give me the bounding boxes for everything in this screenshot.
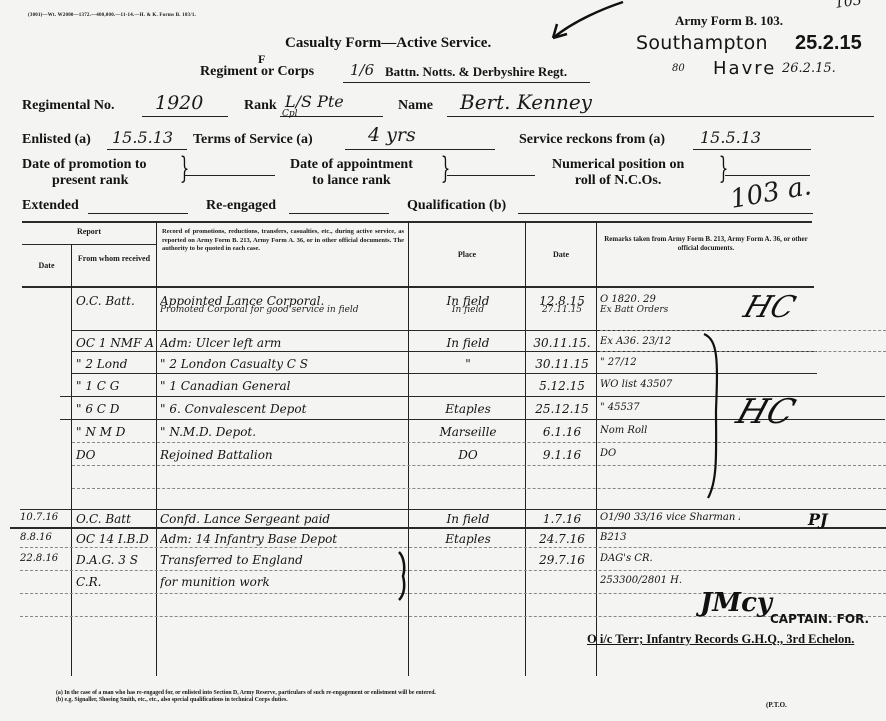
promotion-label-line1: Date of promotion to	[22, 157, 147, 173]
appointment-underline	[447, 175, 535, 176]
cell-record: for munition work	[160, 575, 406, 589]
regimental-no-label: Regimental No.	[22, 98, 115, 114]
arrow-annotation-icon	[545, 0, 625, 45]
cell-from: " N M D	[76, 425, 156, 439]
regimental-no-underline	[142, 116, 228, 117]
name-value: Bert. Kenney	[460, 90, 592, 114]
footnote-a: (a) In the case of a man who has re-enga…	[56, 690, 436, 696]
report-header-divider	[22, 244, 157, 245]
rank-correction: Cpl	[282, 109, 298, 119]
extended-underline	[88, 213, 188, 214]
signature-title: CAPTAIN. FOR.	[770, 612, 869, 626]
stamp-date-southampton: 25.2.15	[795, 32, 862, 55]
appointment-label-line2: to lance rank	[290, 173, 413, 189]
cell-date: 5.12.15	[528, 379, 596, 393]
name-underline	[447, 116, 874, 117]
stamp-port-southampton: Southampton	[636, 32, 768, 54]
cell-record: Confd. Lance Sergeant paid	[160, 512, 406, 526]
promotion-label-line2: present rank	[22, 173, 147, 189]
cell-date: 30.11.15.	[528, 336, 596, 350]
cell-place: "	[412, 357, 524, 371]
cell-record: Adm: 14 Infantry Base Depot	[160, 532, 406, 546]
reengaged-label: Re-engaged	[206, 198, 276, 214]
cell-date: 24.7.16	[528, 532, 596, 546]
table-header-bottom-border	[22, 286, 814, 288]
cell-place: DO	[412, 448, 524, 462]
cell-record: Adm: Ulcer left arm	[160, 336, 406, 350]
reckons-underline	[693, 149, 811, 150]
terms-underline	[345, 149, 495, 150]
header-date: Date	[22, 262, 71, 271]
promotion-brace: }	[180, 154, 190, 184]
header-from-whom: From whom received	[74, 255, 154, 264]
cell-record: " 1 Canadian General	[160, 379, 406, 393]
cell-date: 25.12.15	[528, 402, 596, 416]
regiment-underline	[343, 82, 590, 83]
cell-from: C.R.	[76, 575, 156, 589]
table-row: 22.8.16D.A.G. 3 STransferred to England2…	[0, 551, 886, 573]
header-place: Place	[410, 251, 524, 260]
cell-remarks: 253300/2801 H.	[600, 575, 740, 586]
cell-date: 30.11.15	[528, 357, 596, 371]
table-row: OC 1 NMF AAdm: Ulcer left armIn field30.…	[0, 334, 886, 356]
signature-initials: JMcy	[700, 588, 772, 618]
row-divider	[600, 330, 886, 331]
cell-report-date: 8.8.16	[20, 532, 70, 543]
cell-from: " 2 Lond	[76, 357, 156, 371]
promotion-underline	[185, 175, 275, 176]
header-record: Record of promotions, reductions, transf…	[162, 228, 404, 254]
row-divider	[72, 488, 886, 489]
cell-place: In field	[412, 336, 524, 350]
regiment-label: Regiment or Corps	[200, 64, 314, 80]
printer-line: (3001)—Wt. W2000—1372.—400,000.—11-14.—H…	[28, 13, 196, 18]
reengaged-underline	[289, 213, 389, 214]
table-row: DORejoined BattalionDO9.1.16DO	[0, 446, 886, 468]
enlisted-underline	[107, 149, 187, 150]
cell-date: 6.1.16	[528, 425, 596, 439]
appointment-label-line1: Date of appointment	[290, 157, 413, 173]
table-top-border	[22, 221, 812, 223]
cell-from: OC 14 I.B.D	[76, 532, 156, 546]
cell-place: Marseille	[412, 425, 524, 439]
cell-remarks: B213	[600, 532, 740, 543]
reckons-value: 15.5.13	[700, 128, 761, 147]
cell-record: Rejoined Battalion	[160, 448, 406, 462]
cell-place: Etaples	[412, 532, 524, 546]
table-row: 8.8.16OC 14 I.B.DAdm: 14 Infantry Base D…	[0, 530, 886, 552]
cell-date: 1.7.16	[528, 512, 596, 526]
cell-remarks: O 1820. 29	[600, 294, 740, 305]
cell-place: In field	[412, 512, 524, 526]
cell-remarks: O1/90 33/16 vice Sharman K.A.	[600, 512, 740, 523]
footnote-b: (b) e.g. Signaller, Shoeing Smith, etc.,…	[56, 697, 288, 703]
cell-from: D.A.G. 3 S	[76, 553, 156, 567]
initials-mark: PJ	[808, 510, 828, 529]
cell-record: Transferred to England	[160, 553, 406, 567]
header-remarks: Remarks taken from Army Form B. 213, Arm…	[600, 235, 812, 252]
appointment-label: Date of appointment to lance rank	[290, 157, 413, 189]
numerical-label-line1: Numerical position on	[552, 157, 684, 173]
enlisted-label: Enlisted (a)	[22, 132, 91, 148]
promotion-label: Date of promotion to present rank	[22, 157, 147, 189]
stamp-port-havre: Havre	[713, 58, 776, 79]
cell-from: O.C. Batt	[76, 512, 156, 526]
cell-remarks-sub: Ex Batt Orders	[600, 305, 740, 315]
cell-date: 9.1.16	[528, 448, 596, 462]
regiment-value-hand: 1/6	[350, 61, 374, 79]
cell-record-sub: Promoted Corporal for good service in fi…	[160, 305, 406, 315]
stamp-date-havre: 26.2.15.	[782, 61, 836, 76]
cell-record: " N.M.D. Depot.	[160, 425, 406, 439]
initials-mark: HC	[739, 290, 799, 325]
footnote-pto: (P.T.O.	[766, 701, 787, 709]
qualification-label: Qualification (b)	[407, 198, 506, 214]
cell-remarks: DAG's CR.	[600, 553, 740, 564]
reckons-label: Service reckons from (a)	[519, 132, 665, 148]
cell-from: OC 1 NMF A	[76, 336, 156, 350]
numerical-label: Numerical position on roll of N.C.Os.	[552, 157, 684, 189]
cell-from: DO	[76, 448, 156, 462]
terms-label: Terms of Service (a)	[193, 132, 313, 148]
enlisted-value: 15.5.13	[112, 128, 173, 147]
form-title: Casualty Form—Active Service.	[285, 35, 491, 52]
terms-value: 4 yrs	[368, 124, 416, 146]
regimental-no-value: 1920	[155, 92, 203, 114]
cell-report-date: 10.7.16	[20, 512, 70, 523]
cell-record: " 6. Convalescent Depot	[160, 402, 406, 416]
cell-date: 29.7.16	[528, 553, 596, 567]
record-brace-icon	[395, 550, 411, 602]
cell-record: " 2 London Casualty C S	[160, 357, 406, 371]
header-report: Report	[22, 228, 156, 237]
cell-from: " 1 C G	[76, 379, 156, 393]
header-date2: Date	[527, 251, 595, 260]
numerical-brace: }	[719, 154, 729, 184]
cell-from: O.C. Batt.	[76, 294, 156, 308]
cell-from: " 6 C D	[76, 402, 156, 416]
appointment-brace: }	[441, 154, 451, 184]
extended-label: Extended	[22, 198, 79, 214]
name-label: Name	[398, 98, 433, 114]
regiment-value: Battn. Notts. & Derbyshire Regt.	[385, 64, 567, 80]
regiment-mark: 80	[672, 63, 685, 74]
table-row: " 2 Lond" 2 London Casualty C S"30.11.15…	[0, 355, 886, 377]
top-right-annotation: 103	[834, 0, 863, 12]
remarks-brace-icon	[700, 330, 730, 500]
qualification-underline	[518, 213, 813, 214]
folio-note: 103 a.	[728, 171, 814, 215]
cell-date-sub: 27.11.15	[528, 305, 596, 315]
army-form-number: Army Form B. 103.	[675, 13, 783, 29]
numerical-label-line2: roll of N.C.Os.	[552, 173, 684, 189]
signature-office: O i/c Terr; Infantry Records G.H.Q., 3rd…	[587, 632, 854, 647]
cell-place-sub: In field	[412, 305, 524, 315]
table-row: 10.7.16O.C. BattConfd. Lance Sergeant pa…	[0, 510, 886, 532]
cell-place: Etaples	[412, 402, 524, 416]
rank-label: Rank	[244, 98, 277, 114]
cell-report-date: 22.8.16	[20, 553, 70, 564]
